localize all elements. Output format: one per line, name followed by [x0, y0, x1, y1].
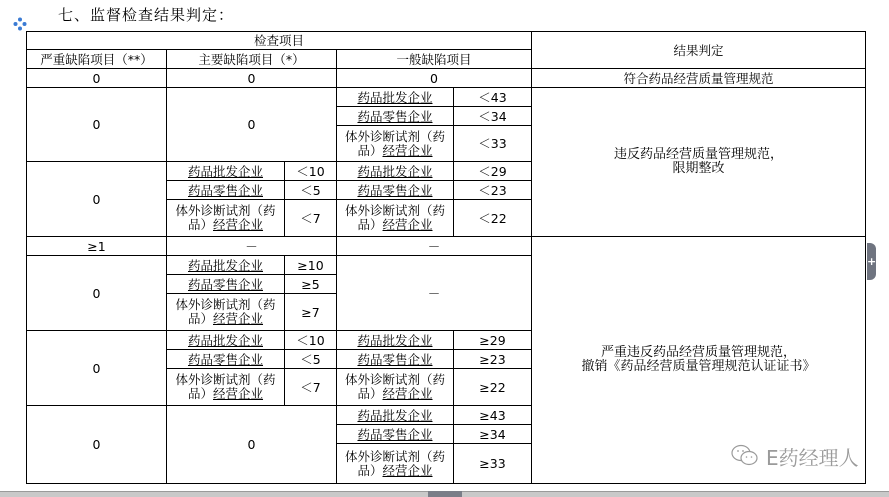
- cell-type-ivd: 体外诊断试剂（药 品）经营企业: [167, 294, 285, 331]
- table-row: 0 0 0 符合药品经营质量管理规范: [27, 69, 866, 88]
- cell-general: －: [337, 237, 532, 256]
- result-line: 撤销《药品经营质量管理规范认证证书》: [532, 360, 865, 374]
- cell-type-wholesale: 药品批发企业: [167, 331, 285, 350]
- header-general-defects: 一般缺陷项目: [337, 50, 532, 69]
- cell-threshold: ≥5: [285, 275, 337, 294]
- cell-threshold: ＜7: [285, 369, 337, 406]
- cell-severe: 0: [27, 256, 167, 331]
- header-inspection-items: 检查项目: [27, 32, 532, 50]
- cell-type-ivd: 体外诊断试剂（药 品）经营企业: [167, 369, 285, 406]
- watermark-text: E药经理人: [766, 442, 859, 471]
- cell-type-retail: 药品零售企业: [167, 181, 285, 200]
- section-heading: 七、监督检查结果判定：: [58, 5, 234, 25]
- header-major-defects: 主要缺陷项目（*）: [167, 50, 337, 69]
- header-result: 结果判定: [532, 32, 866, 69]
- cell-threshold: ＜5: [285, 181, 337, 200]
- cell-general: －: [337, 256, 532, 331]
- cell-type-retail: 药品零售企业: [337, 181, 454, 200]
- cell-threshold: ≥33: [454, 444, 532, 484]
- cell-type-wholesale: 药品批发企业: [337, 406, 454, 425]
- cell-type-retail: 药品零售企业: [337, 350, 454, 369]
- cell-threshold: ＜22: [454, 200, 532, 237]
- watermark: E药经理人: [730, 440, 859, 472]
- cell-type-wholesale: 药品批发企业: [337, 331, 454, 350]
- cell-severe: 0: [27, 88, 167, 162]
- cell-type-ivd: 体外诊断试剂（药 品）经营企业: [337, 444, 454, 484]
- cell-type-ivd: 体外诊断试剂（药 品）经营企业: [337, 369, 454, 406]
- cell-type-ivd: 体外诊断试剂（药 品）经营企业: [337, 126, 454, 162]
- cell-type-wholesale: 药品批发企业: [337, 88, 454, 107]
- cell-threshold: ＜34: [454, 107, 532, 126]
- inspection-result-table: 检查项目 结果判定 严重缺陷项目（**） 主要缺陷项目（*） 一般缺陷项目 0 …: [26, 31, 866, 484]
- plus-icon: +: [867, 255, 876, 268]
- cell-major: －: [167, 237, 337, 256]
- cell-threshold: ＜7: [285, 200, 337, 237]
- cell-type-retail: 药品零售企业: [167, 350, 285, 369]
- cell-threshold: ＜43: [454, 88, 532, 107]
- expand-side-tab-button[interactable]: +: [867, 243, 876, 280]
- cell-general: 0: [337, 69, 532, 88]
- cell-threshold: ＜10: [285, 331, 337, 350]
- cell-severe: 0: [27, 162, 167, 237]
- cell-threshold: ＜23: [454, 181, 532, 200]
- cell-threshold: ≥43: [454, 406, 532, 425]
- result-line: 违反药品经营质量管理规范，: [532, 148, 865, 162]
- cell-result-compliant: 符合药品经营质量管理规范: [532, 69, 866, 88]
- cell-major: 0: [167, 69, 337, 88]
- cell-threshold: ＜5: [285, 350, 337, 369]
- wechat-icon: [730, 443, 760, 469]
- cell-threshold: ≥34: [454, 425, 532, 444]
- cell-threshold: ≥22: [454, 369, 532, 406]
- table-move-handle-icon[interactable]: [13, 17, 27, 31]
- cell-type-retail: 药品零售企业: [167, 275, 285, 294]
- cell-type-ivd: 体外诊断试剂（药 品）经营企业: [337, 200, 454, 237]
- cell-threshold: ≥10: [285, 256, 337, 275]
- cell-major: 0: [167, 88, 337, 162]
- cell-threshold: ≥23: [454, 350, 532, 369]
- cell-result-rectify: 违反药品经营质量管理规范， 限期整改: [532, 88, 866, 237]
- table-row: 0 0 药品批发企业 ＜43 违反药品经营质量管理规范， 限期整改: [27, 88, 866, 107]
- cell-threshold: ＜29: [454, 162, 532, 181]
- cell-type-wholesale: 药品批发企业: [167, 162, 285, 181]
- cell-major: 0: [167, 406, 337, 484]
- cell-threshold: ≥7: [285, 294, 337, 331]
- cell-type-wholesale: 药品批发企业: [337, 162, 454, 181]
- cell-type-retail: 药品零售企业: [337, 425, 454, 444]
- cell-threshold: ＜10: [285, 162, 337, 181]
- cell-severe: 0: [27, 331, 167, 406]
- cell-severe: 0: [27, 406, 167, 484]
- scrollbar-thumb[interactable]: [428, 491, 462, 497]
- cell-type-retail: 药品零售企业: [337, 107, 454, 126]
- header-severe-defects: 严重缺陷项目（**）: [27, 50, 167, 69]
- cell-type-ivd: 体外诊断试剂（药 品）经营企业: [167, 200, 285, 237]
- result-line: 限期整改: [532, 162, 865, 176]
- cell-severe: ≥1: [27, 237, 167, 256]
- table-row: ≥1 － － 严重违反药品经营质量管理规范， 撤销《药品经营质量管理规范认证证书…: [27, 237, 866, 256]
- cell-severe: 0: [27, 69, 167, 88]
- cell-threshold: ≥29: [454, 331, 532, 350]
- cell-threshold: ＜33: [454, 126, 532, 162]
- result-line: 严重违反药品经营质量管理规范，: [532, 346, 865, 360]
- cell-type-wholesale: 药品批发企业: [167, 256, 285, 275]
